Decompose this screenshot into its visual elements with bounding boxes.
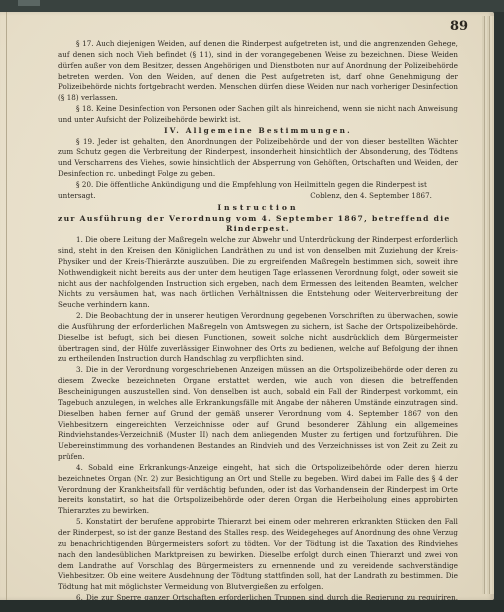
paragraph-section-19: § 19. Jeder ist gehalten, den Anordnunge… bbox=[58, 137, 458, 180]
paragraph-section-17: § 17. Auch diejenigen Weiden, auf denen … bbox=[58, 39, 458, 104]
document-page: 89 § 17. Auch diejenigen Weiden, auf den… bbox=[0, 12, 494, 600]
date-line: Coblenz, den 4. September 1867. bbox=[292, 191, 432, 202]
page-number: 89 bbox=[450, 19, 468, 34]
instruction-item-3: 3. Die in der Verordnung vorgeschriebene… bbox=[58, 365, 458, 463]
instruction-item-5: 5. Konstatirt der berufene approbirte Th… bbox=[58, 517, 458, 593]
instruction-item-2: 2. Die Beobachtung der in unserer heutig… bbox=[58, 311, 458, 365]
section-heading-iv: IV. Allgemeine Bestimmungen. bbox=[58, 126, 458, 137]
scan-background-bottom bbox=[0, 600, 504, 612]
instruction-subtitle-cont: Rinderpest. bbox=[58, 224, 458, 235]
instruction-subtitle: zur Ausführung der Verordnung vom 4. Sep… bbox=[58, 214, 458, 225]
paragraph-section-20: § 20. Die öffentliche Ankündigung und di… bbox=[58, 180, 458, 202]
book-tab bbox=[18, 0, 40, 6]
page-gutter-line bbox=[6, 12, 7, 600]
page-body: § 17. Auch diejenigen Weiden, auf denen … bbox=[58, 39, 458, 612]
page-stack-edge bbox=[482, 16, 494, 594]
instruction-title: Instruction bbox=[58, 203, 458, 214]
paragraph-section-18: § 18. Keine Desinfection von Personen od… bbox=[58, 104, 458, 126]
scan-background-top bbox=[0, 0, 504, 12]
instruction-item-4: 4. Sobald eine Erkrankungs-Anzeige einge… bbox=[58, 463, 458, 517]
instruction-item-1: 1. Die obere Leitung der Maßregeln welch… bbox=[58, 235, 458, 311]
